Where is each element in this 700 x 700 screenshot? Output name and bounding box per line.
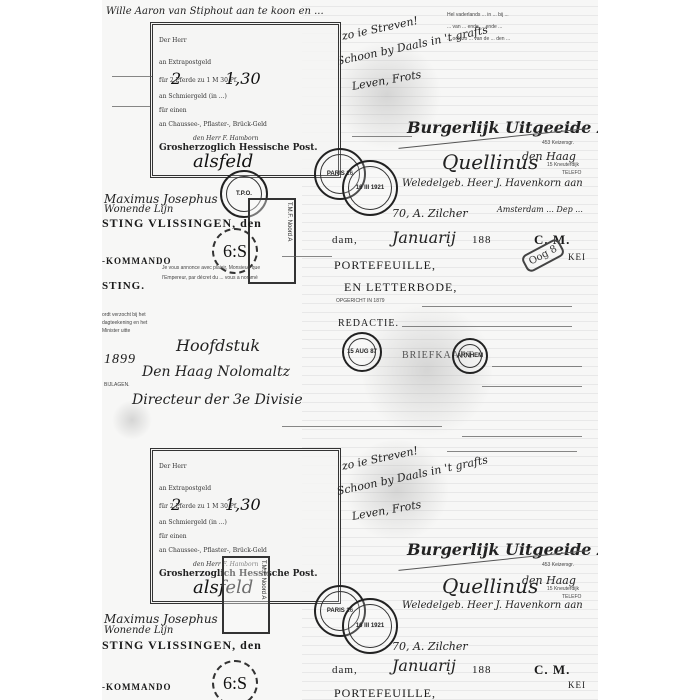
- receipt-price: 1,30: [225, 495, 261, 514]
- postmark-stamp: ARNHEM: [452, 338, 488, 374]
- handwriting-line: [282, 250, 332, 257]
- receipt-place: alsfeld: [193, 151, 253, 172]
- kommando-heading: -KOMMANDO: [102, 682, 172, 692]
- receipt-horses: 2: [171, 495, 181, 514]
- address: 15 Kneuterdijk: [547, 586, 579, 592]
- handwriting-line: [112, 100, 150, 107]
- printed-year: 188: [472, 664, 492, 676]
- six-stamp: 6:S: [212, 660, 258, 700]
- printed-dutch: ordt verzocht bij het: [102, 312, 146, 318]
- receipt-row: Der Herr: [159, 37, 187, 44]
- receipt-horses: 2: [171, 69, 181, 88]
- handwriting: Weledelgeb. Heer J. Havenkorn aan: [402, 600, 583, 611]
- bijlagen-label: BIJLAGEN.: [104, 382, 130, 388]
- phone-label: TELEFO: [562, 170, 581, 176]
- handwriting: Wille Aaron van Stiphout aan te koon en …: [106, 6, 324, 17]
- receipt-price: 1,30: [225, 69, 261, 88]
- handwriting-line: [492, 360, 582, 367]
- portefeuille-heading: PORTEFEUILLE,: [334, 258, 436, 273]
- printed-french: Je vous annonce avec plaisir, Monsieur, …: [162, 265, 260, 271]
- handwriting: Wonende Lijn: [104, 625, 173, 636]
- dam-label: dam,: [332, 664, 358, 676]
- date-handwriting: Januarij: [392, 228, 456, 247]
- kei-label: KEI: [568, 252, 586, 262]
- printed-year: 188: [472, 234, 492, 246]
- dam-label: dam,: [332, 234, 358, 246]
- address: 453 Keizersgr.: [542, 140, 574, 146]
- handwriting: Directeur der 3e Divisie: [132, 392, 303, 408]
- receipt-row: für einen: [159, 533, 187, 540]
- receipt-row: an Schmiergeld (in ...): [159, 519, 227, 526]
- postmark-stamp: 16 III 1921: [342, 160, 398, 216]
- small-handwriting: ... ook zo ... van de ... den ...: [447, 36, 510, 42]
- handwriting: 70, A. Zilcher: [392, 640, 468, 653]
- address: 453 Keizersgr.: [542, 562, 574, 568]
- receipt-row: für einen: [159, 107, 187, 114]
- headline-script: Burgerlijk Uitgeeide Zaken: [407, 118, 598, 137]
- handwriting: Den Haag Nolomaltz: [142, 364, 290, 380]
- address: 15 Kneuterdijk: [547, 162, 579, 168]
- receipt-row: an Schmiergeld (in ...): [159, 93, 227, 100]
- cm-initials: C. M.: [534, 662, 570, 678]
- handwriting: Maximus Josephus: [104, 612, 218, 626]
- handwriting-line: [352, 130, 412, 137]
- year-printed: 1899: [104, 352, 136, 368]
- receipt-row: Der Herr: [159, 463, 187, 470]
- handwriting: Wonende Lijn: [104, 204, 173, 215]
- printed-dutch: dagteekening en het: [102, 320, 147, 326]
- printed-dutch: Minister uitte: [102, 328, 130, 334]
- receipt-row: an Extrapostgeld: [159, 485, 211, 492]
- collage-sheet: Wille Aaron van Stiphout aan te koon en …: [102, 0, 598, 700]
- receipt-row: an Chaussee-, Pflaster-, Brück-Geld: [159, 121, 267, 128]
- date-handwriting: Januarij: [392, 656, 456, 675]
- headline-script: Burgerlijk Uitgeeide Zaken: [407, 540, 598, 559]
- receipt-sender: den Herr F. Hamborn: [193, 135, 258, 142]
- opgericht-label: OPGERICHT IN 1879: [336, 298, 385, 304]
- receipt-row: an Chaussee-, Pflaster-, Brück-Geld: [159, 547, 267, 554]
- handwriting: Weledelgeb. Heer J. Havenkorn aan: [402, 178, 583, 189]
- handwriting-line: [482, 380, 582, 387]
- postal-receipt: Der Herr an Extrapostgeld für 2 Pferde z…: [150, 22, 341, 178]
- postmark-stamp: 15 AUG 87: [342, 332, 382, 372]
- handwriting: 70, A. Zilcher: [392, 207, 468, 220]
- handwriting-line: [422, 300, 572, 307]
- handwriting-line: [112, 70, 152, 77]
- small-handwriting: Hel vaderlands ... in ... bij ...: [447, 12, 509, 18]
- postmark-stamp: 16 III 1921: [342, 598, 398, 654]
- kei-label: KEI: [568, 680, 586, 690]
- handwriting: Amsterdam ... Dep ...: [497, 205, 583, 214]
- sting-heading: STING.: [102, 280, 145, 292]
- small-handwriting: ... van ... ende ... ende ...: [447, 24, 502, 30]
- handwriting: Hoofdstuk: [176, 336, 260, 355]
- printed-french: l'Empereur, par décret du ... vous a nom…: [162, 275, 258, 281]
- letterbode-heading: EN LETTERBODE,: [344, 280, 457, 295]
- receipt-row: an Extrapostgeld: [159, 59, 211, 66]
- handwriting-line: [447, 445, 577, 452]
- redactie-heading: REDACTIE.: [338, 318, 399, 329]
- handwriting-line: [462, 430, 582, 437]
- vlissingen-heading: STING VLISSINGEN, den: [102, 216, 262, 231]
- handwriting-line: [282, 420, 442, 427]
- vlissingen-heading: STING VLISSINGEN, den: [102, 638, 262, 653]
- portefeuille-heading: PORTEFEUILLE,: [334, 686, 436, 700]
- handwriting-line: [402, 320, 572, 327]
- vertical-label-stamp: T.M.F. Noord A: [222, 556, 270, 634]
